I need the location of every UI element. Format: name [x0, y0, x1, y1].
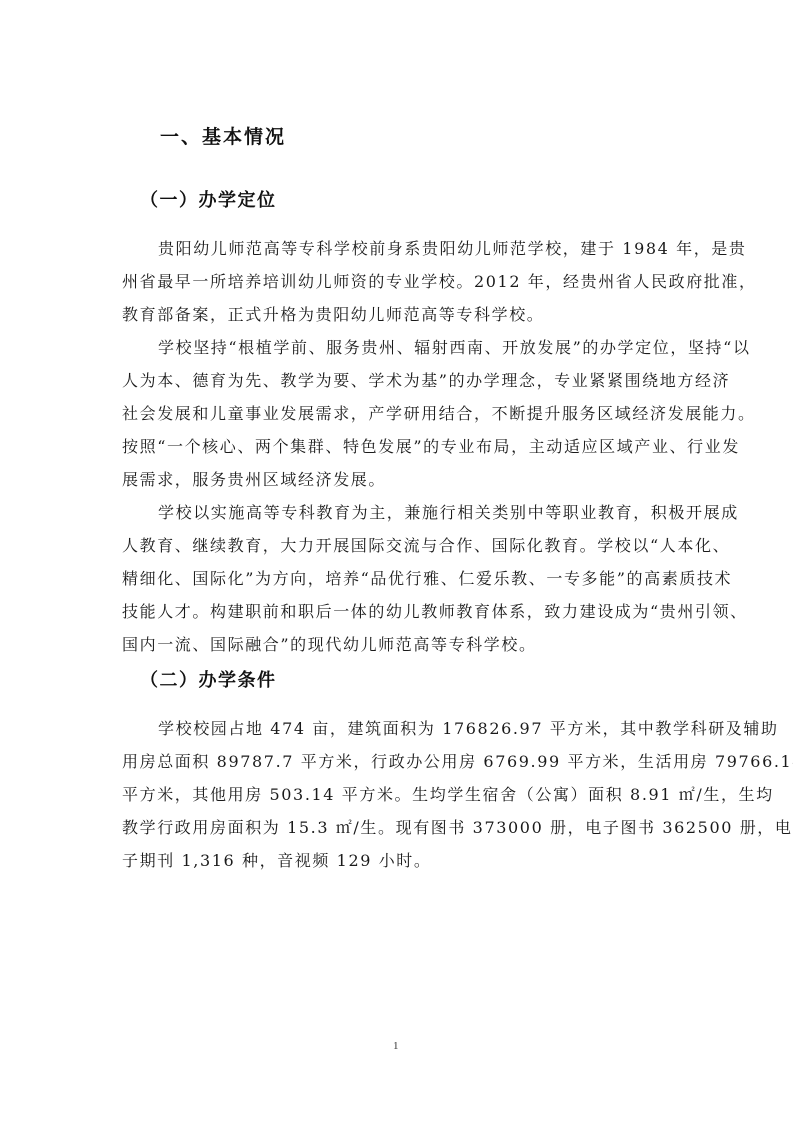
page-number: 1 — [393, 1040, 399, 1052]
text-line: 国内一流、国际融合”的现代幼儿师范高等专科学校。 — [122, 628, 682, 661]
text-line: 学校校园占地 474 亩，建筑面积为 176826.97 平方米，其中教学科研及… — [122, 712, 682, 745]
text-line: 平方米，其他用房 503.14 平方米。生均学生宿舍（公寓）面积 8.91 ㎡/… — [122, 778, 682, 811]
paragraph-education-scope: 学校以实施高等专科教育为主，兼施行相关类别中等职业教育，积极开展成 人教育、继续… — [122, 496, 682, 661]
text-line: 展需求，服务贵州区域经济发展。 — [122, 463, 682, 496]
text-line: 教育部备案，正式升格为贵阳幼儿师范高等专科学校。 — [122, 298, 682, 331]
text-line: 精细化、国际化”为方向，培养“品优行雅、仁爱乐教、一专多能”的高素质技术 — [122, 562, 682, 595]
text-line: 学校以实施高等专科教育为主，兼施行相关类别中等职业教育，积极开展成 — [122, 496, 682, 529]
text-line: 人为本、德育为先、教学为要、学术为基”的办学理念，专业紧紧围绕地方经济 — [122, 364, 682, 397]
text-line: 贵阳幼儿师范高等专科学校前身系贵阳幼儿师范学校，建于 1984 年，是贵 — [122, 232, 682, 265]
text-line: 人教育、继续教育，大力开展国际交流与合作、国际化教育。学校以“人本化、 — [122, 529, 682, 562]
paragraph-positioning: 学校坚持“根植学前、服务贵州、辐射西南、开放发展”的办学定位，坚持“以 人为本、… — [122, 331, 682, 496]
paragraph-history: 贵阳幼儿师范高等专科学校前身系贵阳幼儿师范学校，建于 1984 年，是贵 州省最… — [122, 232, 682, 331]
heading-school-positioning: （一）办学定位 — [140, 186, 277, 212]
text-line: 按照“一个核心、两个集群、特色发展”的专业布局，主动适应区域产业、行业发 — [122, 430, 682, 463]
text-line: 用房总面积 89787.7 平方米，行政办公用房 6769.99 平方米，生活用… — [122, 745, 682, 778]
text-line: 社会发展和儿童事业发展需求，产学研用结合，不断提升服务区域经济发展能力。 — [122, 397, 682, 430]
document-page: 一、基本情况 （一）办学定位 贵阳幼儿师范高等专科学校前身系贵阳幼儿师范学校，建… — [0, 0, 793, 1122]
heading-basic-situation: 一、基本情况 — [160, 122, 286, 149]
text-line: 教学行政用房面积为 15.3 ㎡/生。现有图书 373000 册，电子图书 36… — [122, 811, 682, 844]
text-line: 州省最早一所培养培训幼儿师资的专业学校。2012 年，经贵州省人民政府批准， — [122, 265, 682, 298]
heading-school-conditions: （二）办学条件 — [140, 666, 277, 692]
text-line: 子期刊 1,316 种，音视频 129 小时。 — [122, 844, 682, 877]
paragraph-facilities: 学校校园占地 474 亩，建筑面积为 176826.97 平方米，其中教学科研及… — [122, 712, 682, 877]
text-line: 学校坚持“根植学前、服务贵州、辐射西南、开放发展”的办学定位，坚持“以 — [122, 331, 682, 364]
text-line: 技能人才。构建职前和职后一体的幼儿教师教育体系，致力建设成为“贵州引领、 — [122, 595, 682, 628]
